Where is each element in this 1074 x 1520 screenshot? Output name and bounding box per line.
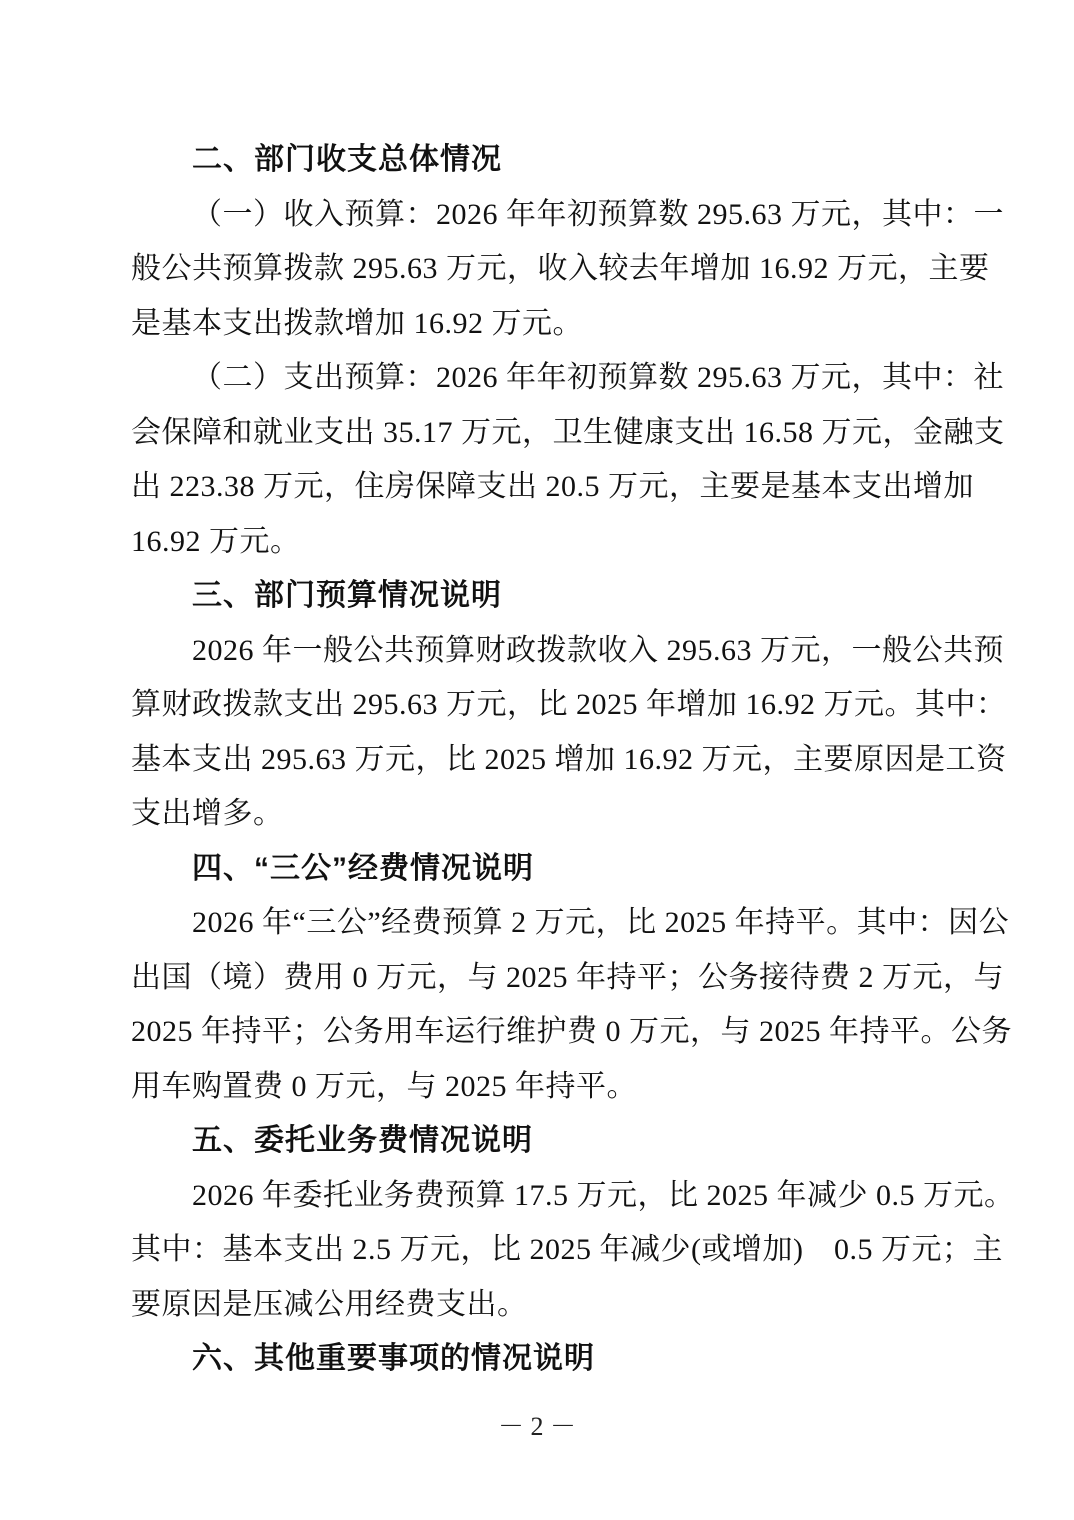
paragraph-line: （二）支出预算：2026 年年初预算数 295.63 万元，其中：社 xyxy=(131,351,943,406)
document-body: 二、部门收支总体情况 （一）收入预算：2026 年年初预算数 295.63 万元… xyxy=(0,0,1074,1387)
paragraph-line: 2026 年委托业务费预算 17.5 万元，比 2025 年减少 0.5 万元。 xyxy=(131,1169,943,1224)
paragraph-line: （一）收入预算：2026 年年初预算数 295.63 万元，其中：一 xyxy=(131,188,943,243)
paragraph-line: 出 223.38 万元，住房保障支出 20.5 万元，主要是基本支出增加 xyxy=(131,460,943,515)
section-heading-5: 五、委托业务费情况说明 xyxy=(131,1114,943,1169)
paragraph-line: 2026 年“三公”经费预算 2 万元，比 2025 年持平。其中：因公 xyxy=(131,896,943,951)
paragraph-line: 算财政拨款支出 295.63 万元，比 2025 年增加 16.92 万元。其中… xyxy=(131,678,943,733)
paragraph-line: 其中：基本支出 2.5 万元，比 2025 年减少(或增加) 0.5 万元；主 xyxy=(131,1223,943,1278)
paragraph-line: 会保障和就业支出 35.17 万元，卫生健康支出 16.58 万元，金融支 xyxy=(131,406,943,461)
page-number: － 2 － xyxy=(0,1411,1074,1443)
paragraph-line: 16.92 万元。 xyxy=(131,515,943,570)
paragraph-line: 2026 年一般公共预算财政拨款收入 295.63 万元，一般公共预 xyxy=(131,624,943,679)
paragraph-line: 基本支出 295.63 万元，比 2025 增加 16.92 万元，主要原因是工… xyxy=(131,733,943,788)
paragraph-line: 支出增多。 xyxy=(131,787,943,842)
document-page: 二、部门收支总体情况 （一）收入预算：2026 年年初预算数 295.63 万元… xyxy=(0,0,1074,1520)
section-heading-2: 二、部门收支总体情况 xyxy=(131,133,943,188)
paragraph-line: 般公共预算拨款 295.63 万元，收入较去年增加 16.92 万元，主要 xyxy=(131,242,943,297)
paragraph-line: 用车购置费 0 万元，与 2025 年持平。 xyxy=(131,1060,943,1115)
paragraph-line: 2025 年持平；公务用车运行维护费 0 万元，与 2025 年持平。公务 xyxy=(131,1005,943,1060)
paragraph-line: 要原因是压减公用经费支出。 xyxy=(131,1278,943,1333)
section-heading-6: 六、其他重要事项的情况说明 xyxy=(131,1332,943,1387)
section-heading-4: 四、“三公”经费情况说明 xyxy=(131,842,943,897)
section-heading-3: 三、部门预算情况说明 xyxy=(131,569,943,624)
paragraph-line: 是基本支出拨款增加 16.92 万元。 xyxy=(131,297,943,352)
paragraph-line: 出国（境）费用 0 万元，与 2025 年持平；公务接待费 2 万元，与 xyxy=(131,951,943,1006)
